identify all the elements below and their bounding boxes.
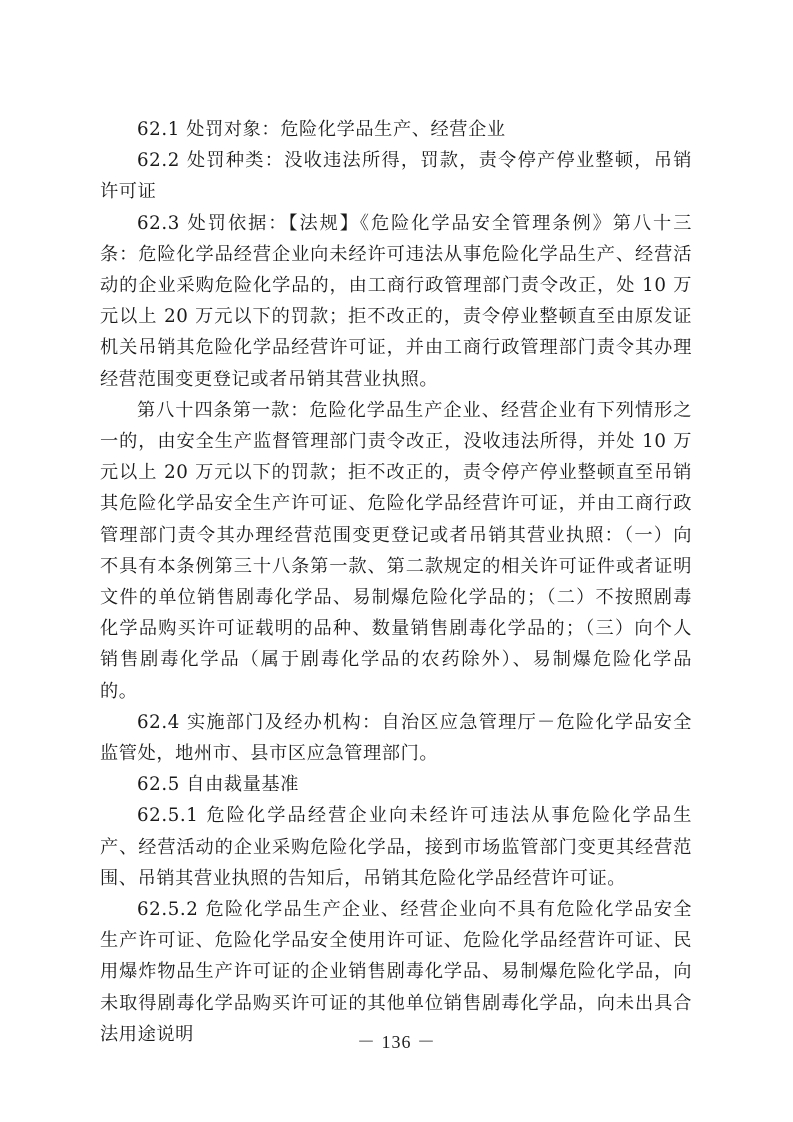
paragraph-implementing-department: 62.4 实施部门及经办机构：自治区应急管理厅－危险化学品安全监管处，地州市、县… xyxy=(100,707,692,769)
paragraph-discretion-62-5-2: 62.5.2 危险化学品生产企业、经营企业向不具有危险化学品安全生产许可证、危险… xyxy=(100,894,692,1050)
paragraph-discretion-heading: 62.5 自由裁量基准 xyxy=(100,769,692,800)
paragraph-article-84: 第八十四条第一款：危险化学品生产企业、经营企业有下列情形之一的，由安全生产监督管… xyxy=(100,395,692,707)
paragraph-penalty-type: 62.2 处罚种类：没收违法所得，罚款，责令停产停业整顿，吊销许可证 xyxy=(100,145,692,207)
paragraph-penalty-basis: 62.3 处罚依据：【法规】《危险化学品安全管理条例》第八十三条：危险化学品经营… xyxy=(100,208,692,395)
document-page: 62.1 处罚对象：危险化学品生产、经营企业 62.2 处罚种类：没收违法所得，… xyxy=(100,114,692,1050)
paragraph-penalty-target: 62.1 处罚对象：危险化学品生产、经营企业 xyxy=(100,114,692,145)
paragraph-discretion-62-5-1: 62.5.1 危险化学品经营企业向未经许可违法从事危险化学品生产、经营活动的企业… xyxy=(100,800,692,894)
page-number: － 136 － xyxy=(0,1028,793,1054)
